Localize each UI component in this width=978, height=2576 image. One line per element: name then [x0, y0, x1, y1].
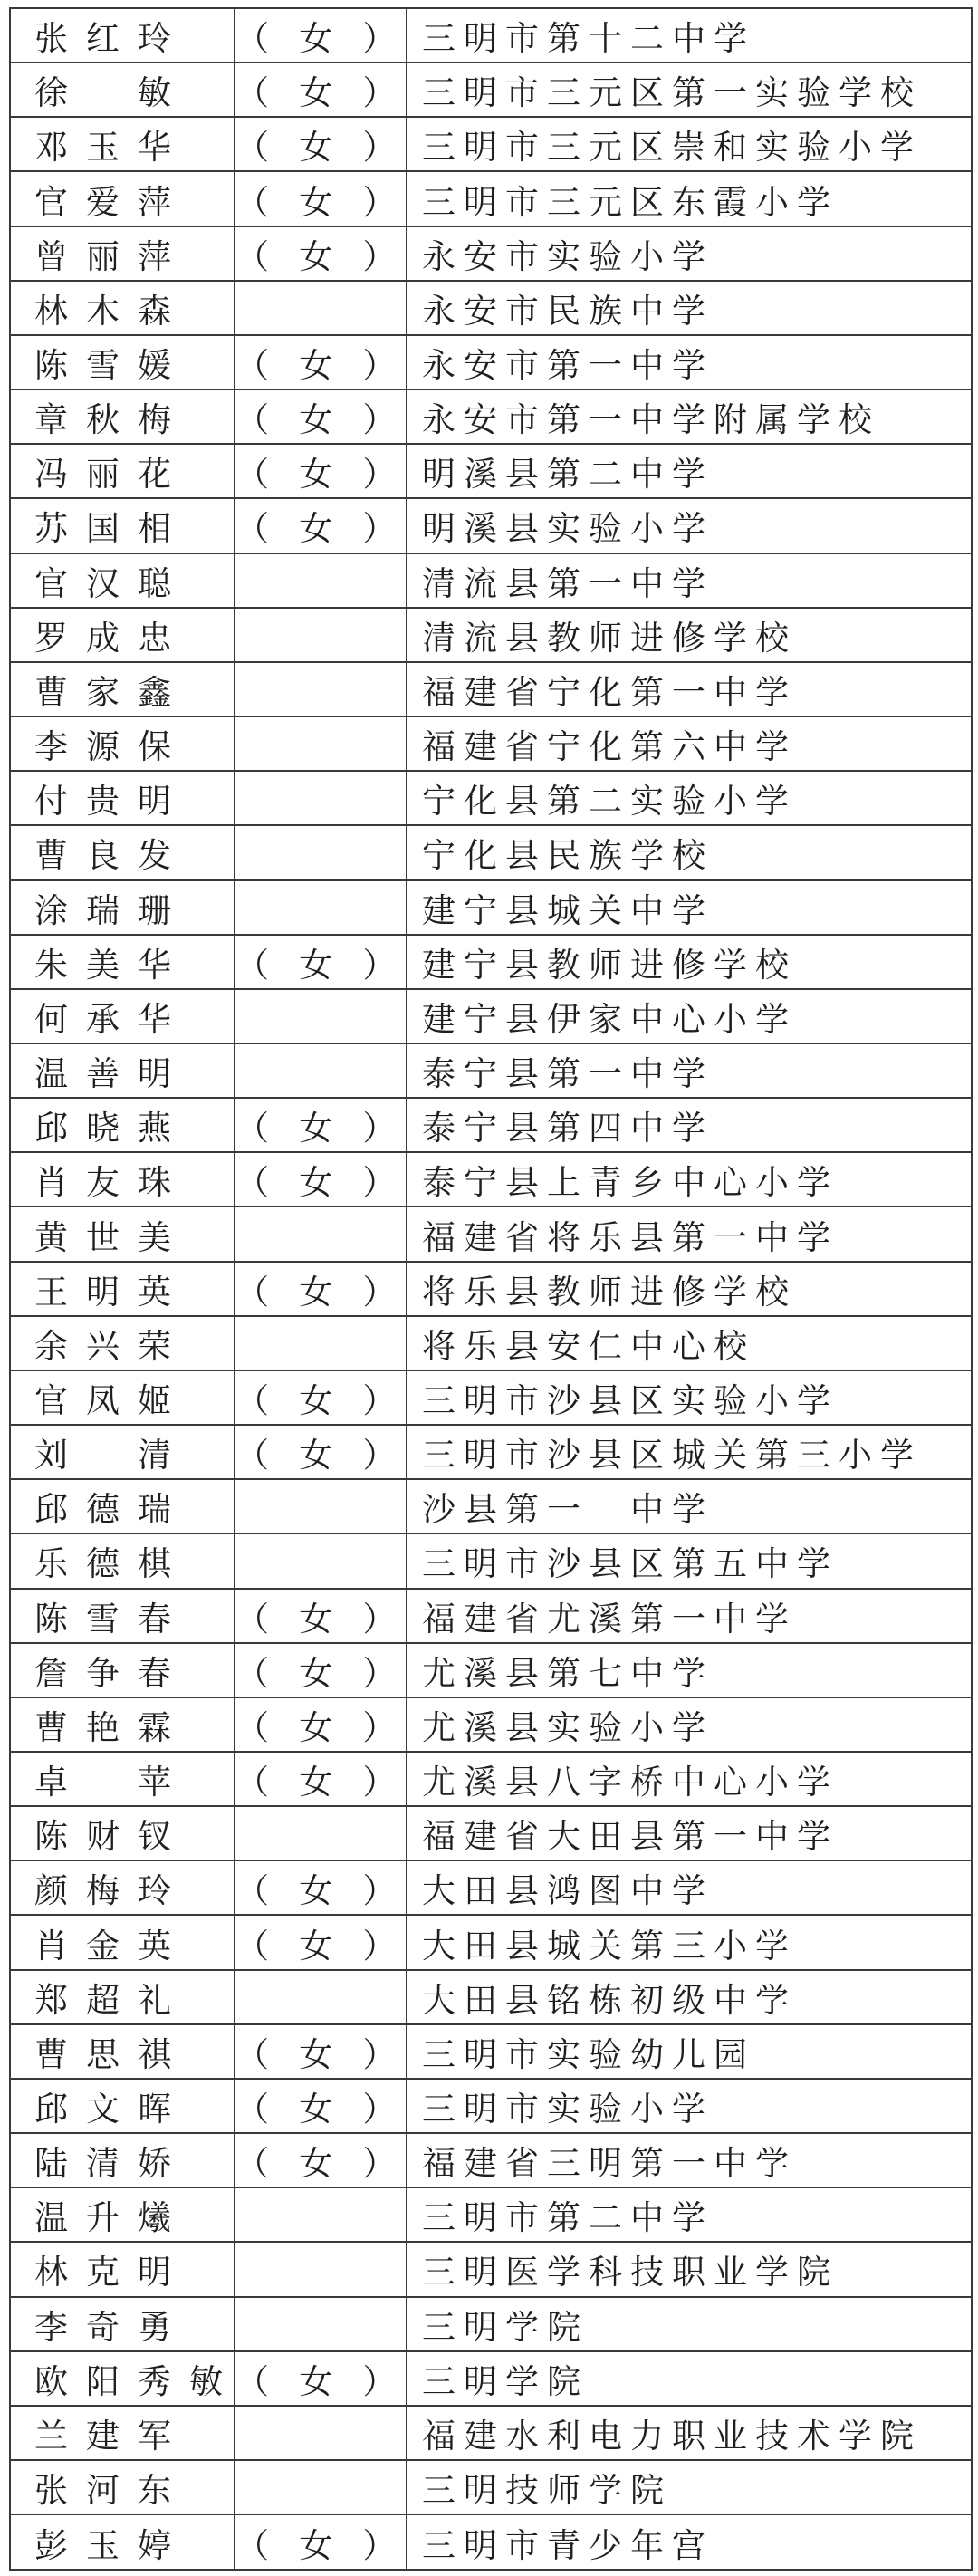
school-cell: 宁化县民族学校 [407, 825, 972, 879]
school-cell: 三明市三元区东霞小学 [407, 171, 972, 226]
name-cell: 涂瑞珊 [10, 880, 235, 935]
table-row: 肖友珠（ 女 ）泰宁县上青乡中心小学 [10, 1152, 972, 1206]
school-cell: 三明市第二中学 [407, 2187, 972, 2242]
gender-cell [235, 553, 407, 608]
gender-cell [235, 662, 407, 716]
name-cell: 詹争春 [10, 1643, 235, 1697]
gender-cell: （ 女 ） [235, 1152, 407, 1206]
table-row: 詹争春（ 女 ）尤溪县第七中学 [10, 1643, 972, 1697]
name-cell: 官爱萍 [10, 171, 235, 226]
school-cell: 三明市三元区第一实验学校 [407, 62, 972, 117]
school-cell: 福建省将乐县第一中学 [407, 1206, 972, 1261]
table-row: 曹家鑫福建省宁化第一中学 [10, 662, 972, 716]
name-cell: 林克明 [10, 2242, 235, 2296]
gender-cell [235, 1043, 407, 1098]
school-cell: 尤溪县第七中学 [407, 1643, 972, 1697]
school-cell: 福建省尤溪第一中学 [407, 1589, 972, 1643]
table-row: 陈财钗福建省大田县第一中学 [10, 1806, 972, 1860]
table-row: 张河东三明技师学院 [10, 2460, 972, 2514]
table-row: 乐德棋三明市沙县区第五中学 [10, 1533, 972, 1588]
school-cell: 泰宁县第四中学 [407, 1098, 972, 1152]
table-row: 官爱萍（ 女 ）三明市三元区东霞小学 [10, 171, 972, 226]
table-row: 刘 清（ 女 ）三明市沙县区城关第三小学 [10, 1425, 972, 1479]
table-row: 苏国相（ 女 ）明溪县实验小学 [10, 498, 972, 553]
school-cell: 大田县城关第三小学 [407, 1915, 972, 1969]
name-cell: 何承华 [10, 989, 235, 1043]
name-cell: 陈财钗 [10, 1806, 235, 1860]
school-cell: 永安市第一中学 [407, 335, 972, 389]
name-cell: 苏国相 [10, 498, 235, 553]
name-cell: 乐德棋 [10, 1533, 235, 1588]
gender-cell: （ 女 ） [235, 2351, 407, 2406]
name-cell: 官凤姬 [10, 1370, 235, 1425]
gender-cell: （ 女 ） [235, 226, 407, 281]
table-row: 肖金英（ 女 ）大田县城关第三小学 [10, 1915, 972, 1969]
name-cell: 付贵明 [10, 771, 235, 825]
awardee-roster-table: 张红玲（ 女 ）三明市第十二中学徐 敏（ 女 ）三明市三元区第一实验学校邓玉华（… [9, 7, 973, 2571]
name-cell: 卓 苹 [10, 1752, 235, 1806]
school-cell: 永安市民族中学 [407, 281, 972, 335]
table-row: 邱文晖（ 女 ）三明市实验小学 [10, 2079, 972, 2133]
table-row: 冯丽花（ 女 ）明溪县第二中学 [10, 444, 972, 498]
name-cell: 陈雪媛 [10, 335, 235, 389]
gender-cell [235, 2406, 407, 2460]
gender-cell: （ 女 ） [235, 8, 407, 62]
gender-cell: （ 女 ） [235, 935, 407, 989]
gender-cell: （ 女 ） [235, 444, 407, 498]
school-cell: 宁化县第二实验小学 [407, 771, 972, 825]
name-cell: 章秋梅 [10, 389, 235, 444]
gender-cell [235, 2460, 407, 2514]
school-cell: 永安市实验小学 [407, 226, 972, 281]
name-cell: 林木森 [10, 281, 235, 335]
name-cell: 温善明 [10, 1043, 235, 1098]
gender-cell [235, 1970, 407, 2024]
school-cell: 三明学院 [407, 2297, 972, 2351]
table-row: 邱晓燕（ 女 ）泰宁县第四中学 [10, 1098, 972, 1152]
gender-cell [235, 1806, 407, 1860]
table-row: 陆清娇（ 女 ）福建省三明第一中学 [10, 2133, 972, 2187]
gender-cell: （ 女 ） [235, 2079, 407, 2133]
table-row: 黄世美福建省将乐县第一中学 [10, 1206, 972, 1261]
name-cell: 张红玲 [10, 8, 235, 62]
gender-cell [235, 2187, 407, 2242]
school-cell: 三明市青少年宫 [407, 2514, 972, 2570]
gender-cell: （ 女 ） [235, 2133, 407, 2187]
school-cell: 泰宁县第一中学 [407, 1043, 972, 1098]
gender-cell [235, 825, 407, 879]
gender-cell: （ 女 ） [235, 1370, 407, 1425]
table-row: 张红玲（ 女 ）三明市第十二中学 [10, 8, 972, 62]
gender-cell: （ 女 ） [235, 1262, 407, 1316]
gender-cell [235, 2242, 407, 2296]
gender-cell [235, 880, 407, 935]
school-cell: 福建水利电力职业技术学院 [407, 2406, 972, 2460]
table-row: 兰建军福建水利电力职业技术学院 [10, 2406, 972, 2460]
gender-cell: （ 女 ） [235, 1697, 407, 1752]
table-row: 曹艳霖（ 女 ）尤溪县实验小学 [10, 1697, 972, 1752]
name-cell: 肖友珠 [10, 1152, 235, 1206]
name-cell: 肖金英 [10, 1915, 235, 1969]
gender-cell [235, 716, 407, 771]
gender-cell: （ 女 ） [235, 1643, 407, 1697]
gender-cell: （ 女 ） [235, 1425, 407, 1479]
school-cell: 尤溪县实验小学 [407, 1697, 972, 1752]
name-cell: 陈雪春 [10, 1589, 235, 1643]
gender-cell: （ 女 ） [235, 498, 407, 553]
table-row: 章秋梅（ 女 ）永安市第一中学附属学校 [10, 389, 972, 444]
school-cell: 清流县第一中学 [407, 553, 972, 608]
name-cell: 颜梅玲 [10, 1860, 235, 1915]
table-row: 林克明三明医学科技职业学院 [10, 2242, 972, 2296]
name-cell: 黄世美 [10, 1206, 235, 1261]
table-row: 罗成忠清流县教师进修学校 [10, 608, 972, 662]
name-cell: 欧阳秀敏 [10, 2351, 235, 2406]
table-row: 温升爔三明市第二中学 [10, 2187, 972, 2242]
gender-cell [235, 2297, 407, 2351]
school-cell: 泰宁县上青乡中心小学 [407, 1152, 972, 1206]
name-cell: 郑超礼 [10, 1970, 235, 2024]
school-cell: 三明医学科技职业学院 [407, 2242, 972, 2296]
school-cell: 三明技师学院 [407, 2460, 972, 2514]
name-cell: 余兴荣 [10, 1316, 235, 1370]
name-cell: 徐 敏 [10, 62, 235, 117]
table-row: 郑超礼大田县铭栋初级中学 [10, 1970, 972, 2024]
table-row: 徐 敏（ 女 ）三明市三元区第一实验学校 [10, 62, 972, 117]
table-row: 林木森永安市民族中学 [10, 281, 972, 335]
name-cell: 曹艳霖 [10, 1697, 235, 1752]
school-cell: 三明学院 [407, 2351, 972, 2406]
school-cell: 大田县鸿图中学 [407, 1860, 972, 1915]
table-row: 彭玉婷（ 女 ）三明市青少年宫 [10, 2514, 972, 2570]
gender-cell: （ 女 ） [235, 171, 407, 226]
school-cell: 清流县教师进修学校 [407, 608, 972, 662]
table-row: 官凤姬（ 女 ）三明市沙县区实验小学 [10, 1370, 972, 1425]
name-cell: 李奇勇 [10, 2297, 235, 2351]
name-cell: 张河东 [10, 2460, 235, 2514]
school-cell: 三明市沙县区城关第三小学 [407, 1425, 972, 1479]
table-row: 官汉聪清流县第一中学 [10, 553, 972, 608]
name-cell: 陆清娇 [10, 2133, 235, 2187]
school-cell: 明溪县实验小学 [407, 498, 972, 553]
school-cell: 建宁县教师进修学校 [407, 935, 972, 989]
gender-cell: （ 女 ） [235, 117, 407, 171]
name-cell: 邱晓燕 [10, 1098, 235, 1152]
school-cell: 福建省三明第一中学 [407, 2133, 972, 2187]
gender-cell: （ 女 ） [235, 1915, 407, 1969]
gender-cell [235, 281, 407, 335]
school-cell: 三明市沙县区实验小学 [407, 1370, 972, 1425]
gender-cell: （ 女 ） [235, 389, 407, 444]
table-row: 朱美华（ 女 ）建宁县教师进修学校 [10, 935, 972, 989]
gender-cell [235, 1533, 407, 1588]
gender-cell: （ 女 ） [235, 1752, 407, 1806]
table-row: 王明英（ 女 ）将乐县教师进修学校 [10, 1262, 972, 1316]
table-row: 余兴荣将乐县安仁中心校 [10, 1316, 972, 1370]
gender-cell: （ 女 ） [235, 335, 407, 389]
table-row: 温善明泰宁县第一中学 [10, 1043, 972, 1098]
name-cell: 邓玉华 [10, 117, 235, 171]
roster-body: 张红玲（ 女 ）三明市第十二中学徐 敏（ 女 ）三明市三元区第一实验学校邓玉华（… [10, 8, 972, 2570]
gender-cell [235, 771, 407, 825]
school-cell: 福建省宁化第六中学 [407, 716, 972, 771]
school-cell: 三明市实验幼儿园 [407, 2024, 972, 2079]
school-cell: 三明市第十二中学 [407, 8, 972, 62]
table-row: 陈雪春（ 女 ）福建省尤溪第一中学 [10, 1589, 972, 1643]
school-cell: 明溪县第二中学 [407, 444, 972, 498]
gender-cell: （ 女 ） [235, 2024, 407, 2079]
table-row: 李源保福建省宁化第六中学 [10, 716, 972, 771]
table-row: 付贵明宁化县第二实验小学 [10, 771, 972, 825]
name-cell: 彭玉婷 [10, 2514, 235, 2570]
name-cell: 官汉聪 [10, 553, 235, 608]
name-cell: 曹良发 [10, 825, 235, 879]
school-cell: 沙县第一 中学 [407, 1479, 972, 1533]
school-cell: 建宁县城关中学 [407, 880, 972, 935]
school-cell: 永安市第一中学附属学校 [407, 389, 972, 444]
gender-cell: （ 女 ） [235, 62, 407, 117]
gender-cell: （ 女 ） [235, 1860, 407, 1915]
name-cell: 温升爔 [10, 2187, 235, 2242]
gender-cell: （ 女 ） [235, 1589, 407, 1643]
school-cell: 大田县铭栋初级中学 [407, 1970, 972, 2024]
table-row: 李奇勇三明学院 [10, 2297, 972, 2351]
school-cell: 建宁县伊家中心小学 [407, 989, 972, 1043]
name-cell: 刘 清 [10, 1425, 235, 1479]
school-cell: 福建省宁化第一中学 [407, 662, 972, 716]
gender-cell [235, 1316, 407, 1370]
table-row: 曹思祺（ 女 ）三明市实验幼儿园 [10, 2024, 972, 2079]
name-cell: 冯丽花 [10, 444, 235, 498]
table-row: 陈雪媛（ 女 ）永安市第一中学 [10, 335, 972, 389]
name-cell: 曹思祺 [10, 2024, 235, 2079]
school-cell: 三明市三元区崇和实验小学 [407, 117, 972, 171]
name-cell: 兰建军 [10, 2406, 235, 2460]
name-cell: 朱美华 [10, 935, 235, 989]
gender-cell [235, 1206, 407, 1261]
table-row: 曾丽萍（ 女 ）永安市实验小学 [10, 226, 972, 281]
table-row: 何承华建宁县伊家中心小学 [10, 989, 972, 1043]
table-row: 曹良发宁化县民族学校 [10, 825, 972, 879]
school-cell: 福建省大田县第一中学 [407, 1806, 972, 1860]
table-row: 颜梅玲（ 女 ）大田县鸿图中学 [10, 1860, 972, 1915]
name-cell: 罗成忠 [10, 608, 235, 662]
school-cell: 将乐县安仁中心校 [407, 1316, 972, 1370]
name-cell: 邱德瑞 [10, 1479, 235, 1533]
gender-cell: （ 女 ） [235, 2514, 407, 2570]
table-row: 欧阳秀敏（ 女 ）三明学院 [10, 2351, 972, 2406]
school-cell: 将乐县教师进修学校 [407, 1262, 972, 1316]
name-cell: 曹家鑫 [10, 662, 235, 716]
name-cell: 邱文晖 [10, 2079, 235, 2133]
name-cell: 王明英 [10, 1262, 235, 1316]
school-cell: 三明市沙县区第五中学 [407, 1533, 972, 1588]
table-row: 卓 苹（ 女 ）尤溪县八字桥中心小学 [10, 1752, 972, 1806]
school-cell: 尤溪县八字桥中心小学 [407, 1752, 972, 1806]
gender-cell [235, 989, 407, 1043]
name-cell: 曾丽萍 [10, 226, 235, 281]
table-row: 邱德瑞沙县第一 中学 [10, 1479, 972, 1533]
gender-cell [235, 1479, 407, 1533]
gender-cell [235, 608, 407, 662]
table-row: 邓玉华（ 女 ）三明市三元区崇和实验小学 [10, 117, 972, 171]
table-row: 涂瑞珊建宁县城关中学 [10, 880, 972, 935]
name-cell: 李源保 [10, 716, 235, 771]
gender-cell: （ 女 ） [235, 1098, 407, 1152]
school-cell: 三明市实验小学 [407, 2079, 972, 2133]
